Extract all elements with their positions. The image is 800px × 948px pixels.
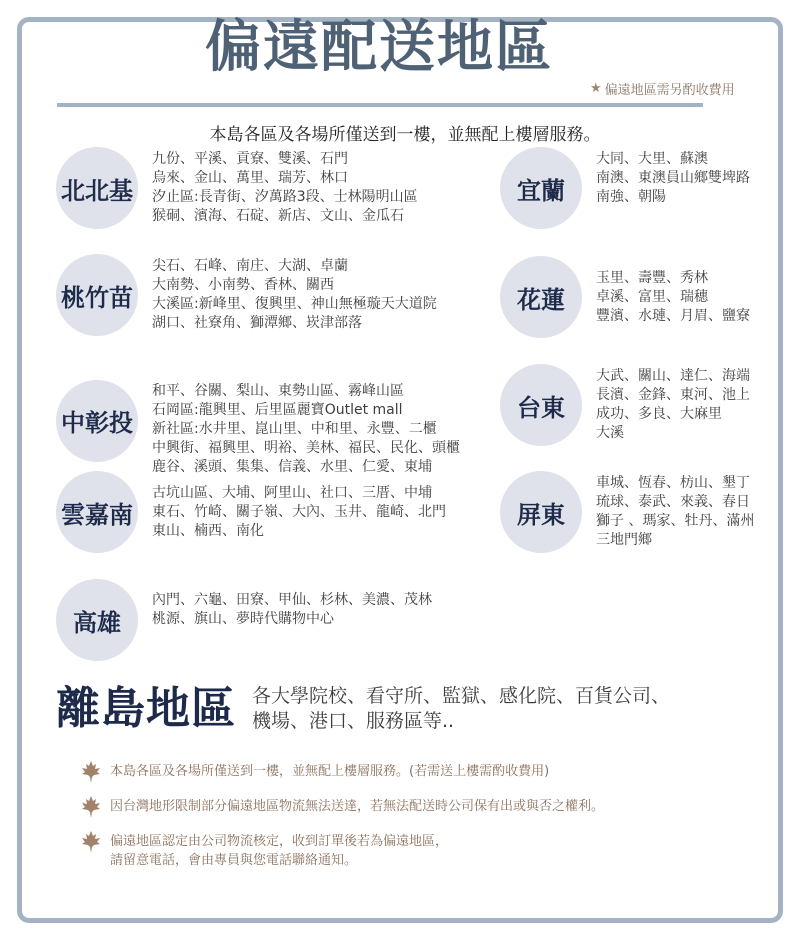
region-badge: 高雄 bbox=[56, 579, 138, 661]
region-badge: 雲嘉南 bbox=[56, 471, 138, 553]
place-line: 獅子 、瑪家、牡丹、滿州 bbox=[596, 512, 754, 531]
place-line: 大南勢、小南勢、香林、關西 bbox=[152, 276, 437, 295]
subtitle: 本島各區及各場所僅送到一樓，並無配上樓層服務。 bbox=[0, 120, 800, 145]
place-line: 烏來、金山、萬里、瑞芳、林口 bbox=[152, 169, 418, 188]
region-yilan: 宜蘭 大同、大里、蘇澳 南澳、東澳員山鄉雙埤路 南強、朝陽 bbox=[500, 147, 750, 229]
place-line: 新社區:水井里、崑山里、中和里、永豐、二櫃 bbox=[152, 420, 460, 439]
place-line: 九份、平溪、貢寮、雙溪、石門 bbox=[152, 150, 418, 169]
region-places: 古坑山區、大埔、阿里山、社口、三厝、中埔 東石、竹崎、關子嶺、大內、玉井、龍崎、… bbox=[152, 484, 446, 541]
place-line: 大溪區:新峰里、復興里、神山無極璇天大道院 bbox=[152, 295, 437, 314]
note-line: 請留意電話，會由專員與您電話聯絡通知。 bbox=[110, 851, 448, 870]
place-line: 車城、恆春、枋山、墾丁 bbox=[596, 474, 754, 493]
place-line: 南強、朝陽 bbox=[596, 188, 750, 207]
place-line: 豐濱、水璉、月眉、鹽寮 bbox=[596, 307, 750, 326]
region-badge: 花蓮 bbox=[500, 256, 582, 338]
place-line: 南澳、東澳員山鄉雙埤路 bbox=[596, 169, 750, 188]
maple-leaf-icon bbox=[80, 795, 102, 819]
place-line: 猴硐、濱海、石碇、新店、文山、金瓜石 bbox=[152, 207, 418, 226]
region-places: 大武、關山、達仁、海端 長濱、金鋒、東河、池上 成功、多良、大麻里 大溪 bbox=[596, 367, 750, 443]
page-title: 偏遠配送地區 bbox=[205, 20, 553, 76]
region-yunjianan: 雲嘉南 古坑山區、大埔、阿里山、社口、三厝、中埔 東石、竹崎、關子嶺、大內、玉井… bbox=[56, 471, 446, 553]
region-badge: 桃竹苗 bbox=[56, 254, 138, 336]
region-taozhumiao: 桃竹苗 尖石、石峰、南庄、大湖、卓蘭 大南勢、小南勢、香林、關西 大溪區:新峰里… bbox=[56, 254, 437, 336]
region-zhongzhangtou: 中彰投 和平、谷關、梨山、東勢山區、霧峰山區 石岡區:龍興里、后里區麗寶Outl… bbox=[56, 364, 460, 477]
maple-leaf-icon bbox=[80, 830, 102, 854]
region-places: 和平、谷關、梨山、東勢山區、霧峰山區 石岡區:龍興里、后里區麗寶Outlet m… bbox=[152, 382, 460, 477]
place-line: 尖石、石峰、南庄、大湖、卓蘭 bbox=[152, 257, 437, 276]
note-line: 本島各區及各場所僅送到一樓，並無配上樓層服務。(若需送上樓需酌收費用) bbox=[110, 762, 549, 781]
place-line: 桃源、旗山、夢時代購物中心 bbox=[152, 610, 432, 629]
note-item: 因台灣地形限制部分偏遠地區物流無法送達，若無法配送時公司保有出或與否之權利。 bbox=[80, 797, 604, 819]
place-line: 卓溪、富里、瑞穗 bbox=[596, 288, 750, 307]
place-line: 長濱、金鋒、東河、池上 bbox=[596, 386, 750, 405]
region-hualien: 花蓮 玉里、壽豐、秀林 卓溪、富里、瑞穗 豐濱、水璉、月眉、鹽寮 bbox=[500, 256, 750, 338]
region-badge: 宜蘭 bbox=[500, 147, 582, 229]
outlying-islands-desc: 各大學院校、看守所、監獄、感化院、百貨公司、 機場、港口、服務區等.. bbox=[252, 684, 670, 734]
region-kaohsiung: 高雄 內門、六龜、田寮、甲仙、杉林、美濃、茂林 桃源、旗山、夢時代購物中心 bbox=[56, 579, 432, 661]
place-line: 中興街、福興里、明裕、美林、福民、民化、頭櫃 bbox=[152, 439, 460, 458]
region-pingtung: 屏東 車城、恆春、枋山、墾丁 琉球、泰武、來義、春日 獅子 、瑪家、牡丹、滿州 … bbox=[500, 471, 754, 553]
place-line: 內門、六龜、田寮、甲仙、杉林、美濃、茂林 bbox=[152, 591, 432, 610]
desc-line: 各大學院校、看守所、監獄、感化院、百貨公司、 bbox=[252, 684, 670, 709]
note-text: 偏遠地區認定由公司物流核定，收到訂單後若為偏遠地區， 請留意電話，會由專員與您電… bbox=[110, 832, 448, 870]
note-line: 偏遠地區認定由公司物流核定，收到訂單後若為偏遠地區， bbox=[110, 832, 448, 851]
desc-line: 機場、港口、服務區等.. bbox=[252, 709, 670, 734]
place-line: 古坑山區、大埔、阿里山、社口、三厝、中埔 bbox=[152, 484, 446, 503]
note-text: 本島各區及各場所僅送到一樓，並無配上樓層服務。(若需送上樓需酌收費用) bbox=[110, 762, 549, 781]
maple-leaf-icon bbox=[80, 760, 102, 784]
region-taitung: 台東 大武、關山、達仁、海端 長濱、金鋒、東河、池上 成功、多良、大麻里 大溪 bbox=[500, 364, 750, 446]
place-line: 玉里、壽豐、秀林 bbox=[596, 269, 750, 288]
outlying-islands-section: 離島地區 各大學院校、看守所、監獄、感化院、百貨公司、 機場、港口、服務區等.. bbox=[56, 684, 670, 734]
note-item: 偏遠地區認定由公司物流核定，收到訂單後若為偏遠地區， 請留意電話，會由專員與您電… bbox=[80, 832, 604, 870]
place-line: 東石、竹崎、關子嶺、大內、玉井、龍崎、北門 bbox=[152, 503, 446, 522]
place-line: 成功、多良、大麻里 bbox=[596, 405, 750, 424]
region-badge: 北北基 bbox=[56, 147, 138, 229]
note-line: 因台灣地形限制部分偏遠地區物流無法送達，若無法配送時公司保有出或與否之權利。 bbox=[110, 797, 604, 816]
note-item: 本島各區及各場所僅送到一樓，並無配上樓層服務。(若需送上樓需酌收費用) bbox=[80, 762, 604, 784]
title-divider bbox=[57, 103, 703, 107]
star-icon: ★ bbox=[590, 81, 602, 96]
note-text: 因台灣地形限制部分偏遠地區物流無法送達，若無法配送時公司保有出或與否之權利。 bbox=[110, 797, 604, 816]
place-line: 石岡區:龍興里、后里區麗寶Outlet mall bbox=[152, 401, 460, 420]
place-line: 大武、關山、達仁、海端 bbox=[596, 367, 750, 386]
place-line: 和平、谷關、梨山、東勢山區、霧峰山區 bbox=[152, 382, 460, 401]
outlying-islands-title: 離島地區 bbox=[56, 687, 236, 731]
place-line: 琉球、泰武、來義、春日 bbox=[596, 493, 754, 512]
region-badge: 屏東 bbox=[500, 471, 582, 553]
place-line: 東山、楠西、南化 bbox=[152, 522, 446, 541]
surcharge-note-text: 偏遠地區需另酌收費用 bbox=[605, 79, 735, 98]
place-line: 三地門鄉 bbox=[596, 531, 754, 550]
place-line: 汐止區:長青街、汐萬路3段、士林陽明山區 bbox=[152, 188, 418, 207]
region-places: 尖石、石峰、南庄、大湖、卓蘭 大南勢、小南勢、香林、關西 大溪區:新峰里、復興里… bbox=[152, 257, 437, 333]
region-places: 九份、平溪、貢寮、雙溪、石門 烏來、金山、萬里、瑞芳、林口 汐止區:長青街、汐萬… bbox=[152, 150, 418, 226]
region-places: 車城、恆春、枋山、墾丁 琉球、泰武、來義、春日 獅子 、瑪家、牡丹、滿州 三地門… bbox=[596, 474, 754, 550]
region-beibeiji: 北北基 九份、平溪、貢寮、雙溪、石門 烏來、金山、萬里、瑞芳、林口 汐止區:長青… bbox=[56, 147, 418, 229]
place-line: 大同、大里、蘇澳 bbox=[596, 150, 750, 169]
region-badge: 台東 bbox=[500, 364, 582, 446]
region-places: 玉里、壽豐、秀林 卓溪、富里、瑞穗 豐濱、水璉、月眉、鹽寮 bbox=[596, 269, 750, 326]
region-places: 大同、大里、蘇澳 南澳、東澳員山鄉雙埤路 南強、朝陽 bbox=[596, 150, 750, 207]
place-line: 湖口、社寮角、獅潭鄉、崁津部落 bbox=[152, 314, 437, 333]
surcharge-note: ★ 偏遠地區需另酌收費用 bbox=[590, 79, 735, 98]
place-line: 大溪 bbox=[596, 424, 750, 443]
notes-list: 本島各區及各場所僅送到一樓，並無配上樓層服務。(若需送上樓需酌收費用) 因台灣地… bbox=[80, 762, 604, 883]
region-badge: 中彰投 bbox=[56, 380, 138, 462]
region-places: 內門、六龜、田寮、甲仙、杉林、美濃、茂林 桃源、旗山、夢時代購物中心 bbox=[152, 591, 432, 629]
